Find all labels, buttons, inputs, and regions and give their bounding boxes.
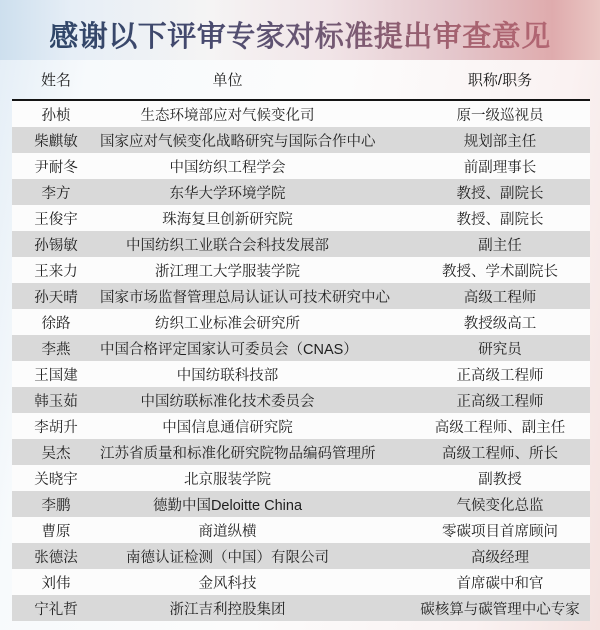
cell-org: 金风科技 [100,572,355,593]
table-row: 王来力 浙江理工大学服装学院 教授、学术副院长 [12,257,590,283]
cell-name: 尹耐冬 [12,156,100,177]
cell-title: 副教授 [410,468,590,489]
cell-name: 王俊宇 [12,208,100,229]
cell-org: 南德认证检测（中国）有限公司 [100,546,355,567]
cell-title: 研究员 [410,338,590,359]
experts-table: 姓名 单位 职称/职务 孙桢 生态环境部应对气候变化司 原一级巡视员 柴麒敏 国… [12,60,590,621]
table-row: 尹耐冬 中国纺织工程学会 前副理事长 [12,153,590,179]
cell-org: 中国合格评定国家认可委员会（CNAS） [100,338,355,359]
table-row: 孙锡敏 中国纺织工业联合会科技发展部 副主任 [12,231,590,257]
cell-title: 副主任 [410,234,590,255]
cell-title: 零碳项目首席顾问 [410,520,590,541]
table-row: 王俊宇 珠海复旦创新研究院 教授、副院长 [12,205,590,231]
cell-name: 李胡升 [12,416,100,437]
cell-org: 中国纺联科技部 [100,364,355,385]
cell-org: 中国纺织工程学会 [100,156,355,177]
table-row: 张德法 南德认证检测（中国）有限公司 高级经理 [12,543,590,569]
table-row: 李胡升 中国信息通信研究院 高级工程师、副主任 [12,413,590,439]
table-body: 孙桢 生态环境部应对气候变化司 原一级巡视员 柴麒敏 国家应对气候变化战略研究与… [12,101,590,621]
table-row: 宁礼哲 浙江吉利控股集团 碳核算与碳管理中心专家 [12,595,590,621]
cell-title: 首席碳中和官 [410,572,590,593]
cell-title: 正高级工程师 [410,364,590,385]
table-row: 吴杰 江苏省质量和标准化研究院物品编码管理所 高级工程师、所长 [12,439,590,465]
cell-org: 中国纺联标准化技术委员会 [100,390,355,411]
cell-name: 柴麒敏 [12,130,100,151]
cell-name: 李方 [12,182,100,203]
cell-org: 东华大学环境学院 [100,182,355,203]
cell-org: 浙江吉利控股集团 [100,598,355,619]
cell-name: 曹原 [12,520,100,541]
cell-title: 前副理事长 [410,156,590,177]
cell-org: 商道纵横 [100,520,355,541]
cell-name: 刘伟 [12,572,100,593]
cell-name: 孙锡敏 [12,234,100,255]
cell-title: 高级工程师 [410,286,590,307]
cell-org: 国家市场监督管理总局认证认可技术研究中心 [100,286,355,307]
cell-org: 江苏省质量和标准化研究院物品编码管理所 [100,442,355,463]
header-banner: 感谢以下评审专家对标准提出审查意见 [0,0,600,60]
cell-title: 碳核算与碳管理中心专家 [410,598,590,619]
cell-org: 国家应对气候变化战略研究与国际合作中心 [100,130,355,151]
cell-name: 王来力 [12,260,100,281]
cell-title: 教授、学术副院长 [410,260,590,281]
cell-org: 纺织工业标准会研究所 [100,312,355,333]
cell-name: 韩玉茹 [12,390,100,411]
cell-org: 中国纺织工业联合会科技发展部 [100,234,355,255]
cell-name: 关晓宇 [12,468,100,489]
table-row: 韩玉茹 中国纺联标准化技术委员会 正高级工程师 [12,387,590,413]
column-header-org: 单位 [100,69,355,90]
cell-title: 高级工程师、所长 [410,442,590,463]
cell-name: 李鹏 [12,494,100,515]
cell-title: 原一级巡视员 [410,104,590,125]
table-row: 孙天晴 国家市场监督管理总局认证认可技术研究中心 高级工程师 [12,283,590,309]
page-title: 感谢以下评审专家对标准提出审查意见 [49,6,551,55]
cell-title: 高级经理 [410,546,590,567]
cell-org: 浙江理工大学服装学院 [100,260,355,281]
table-row: 柴麒敏 国家应对气候变化战略研究与国际合作中心 规划部主任 [12,127,590,153]
cell-name: 李燕 [12,338,100,359]
cell-title: 教授、副院长 [410,208,590,229]
cell-org: 德勤中国Deloitte China [100,494,355,515]
table-header-row: 姓名 单位 职称/职务 [12,60,590,99]
cell-name: 王国建 [12,364,100,385]
table-row: 孙桢 生态环境部应对气候变化司 原一级巡视员 [12,101,590,127]
cell-name: 徐路 [12,312,100,333]
table-row: 刘伟 金风科技 首席碳中和官 [12,569,590,595]
table-row: 徐路 纺织工业标准会研究所 教授级高工 [12,309,590,335]
cell-name: 宁礼哲 [12,598,100,619]
cell-name: 孙天晴 [12,286,100,307]
table-row: 关晓宇 北京服装学院 副教授 [12,465,590,491]
cell-name: 张德法 [12,546,100,567]
table-row: 曹原 商道纵横 零碳项目首席顾问 [12,517,590,543]
table-row: 李燕 中国合格评定国家认可委员会（CNAS） 研究员 [12,335,590,361]
cell-org: 生态环境部应对气候变化司 [100,104,355,125]
table-row: 李方 东华大学环境学院 教授、副院长 [12,179,590,205]
cell-org: 北京服装学院 [100,468,355,489]
column-header-name: 姓名 [12,69,100,90]
table-row: 李鹏 德勤中国Deloitte China 气候变化总监 [12,491,590,517]
cell-title: 气候变化总监 [410,494,590,515]
cell-title: 高级工程师、副主任 [410,416,590,437]
column-header-title: 职称/职务 [410,69,590,90]
cell-name: 吴杰 [12,442,100,463]
cell-org: 珠海复旦创新研究院 [100,208,355,229]
cell-title: 教授级高工 [410,312,590,333]
table-row: 王国建 中国纺联科技部 正高级工程师 [12,361,590,387]
cell-name: 孙桢 [12,104,100,125]
cell-title: 教授、副院长 [410,182,590,203]
cell-org: 中国信息通信研究院 [100,416,355,437]
cell-title: 规划部主任 [410,130,590,151]
cell-title: 正高级工程师 [410,390,590,411]
